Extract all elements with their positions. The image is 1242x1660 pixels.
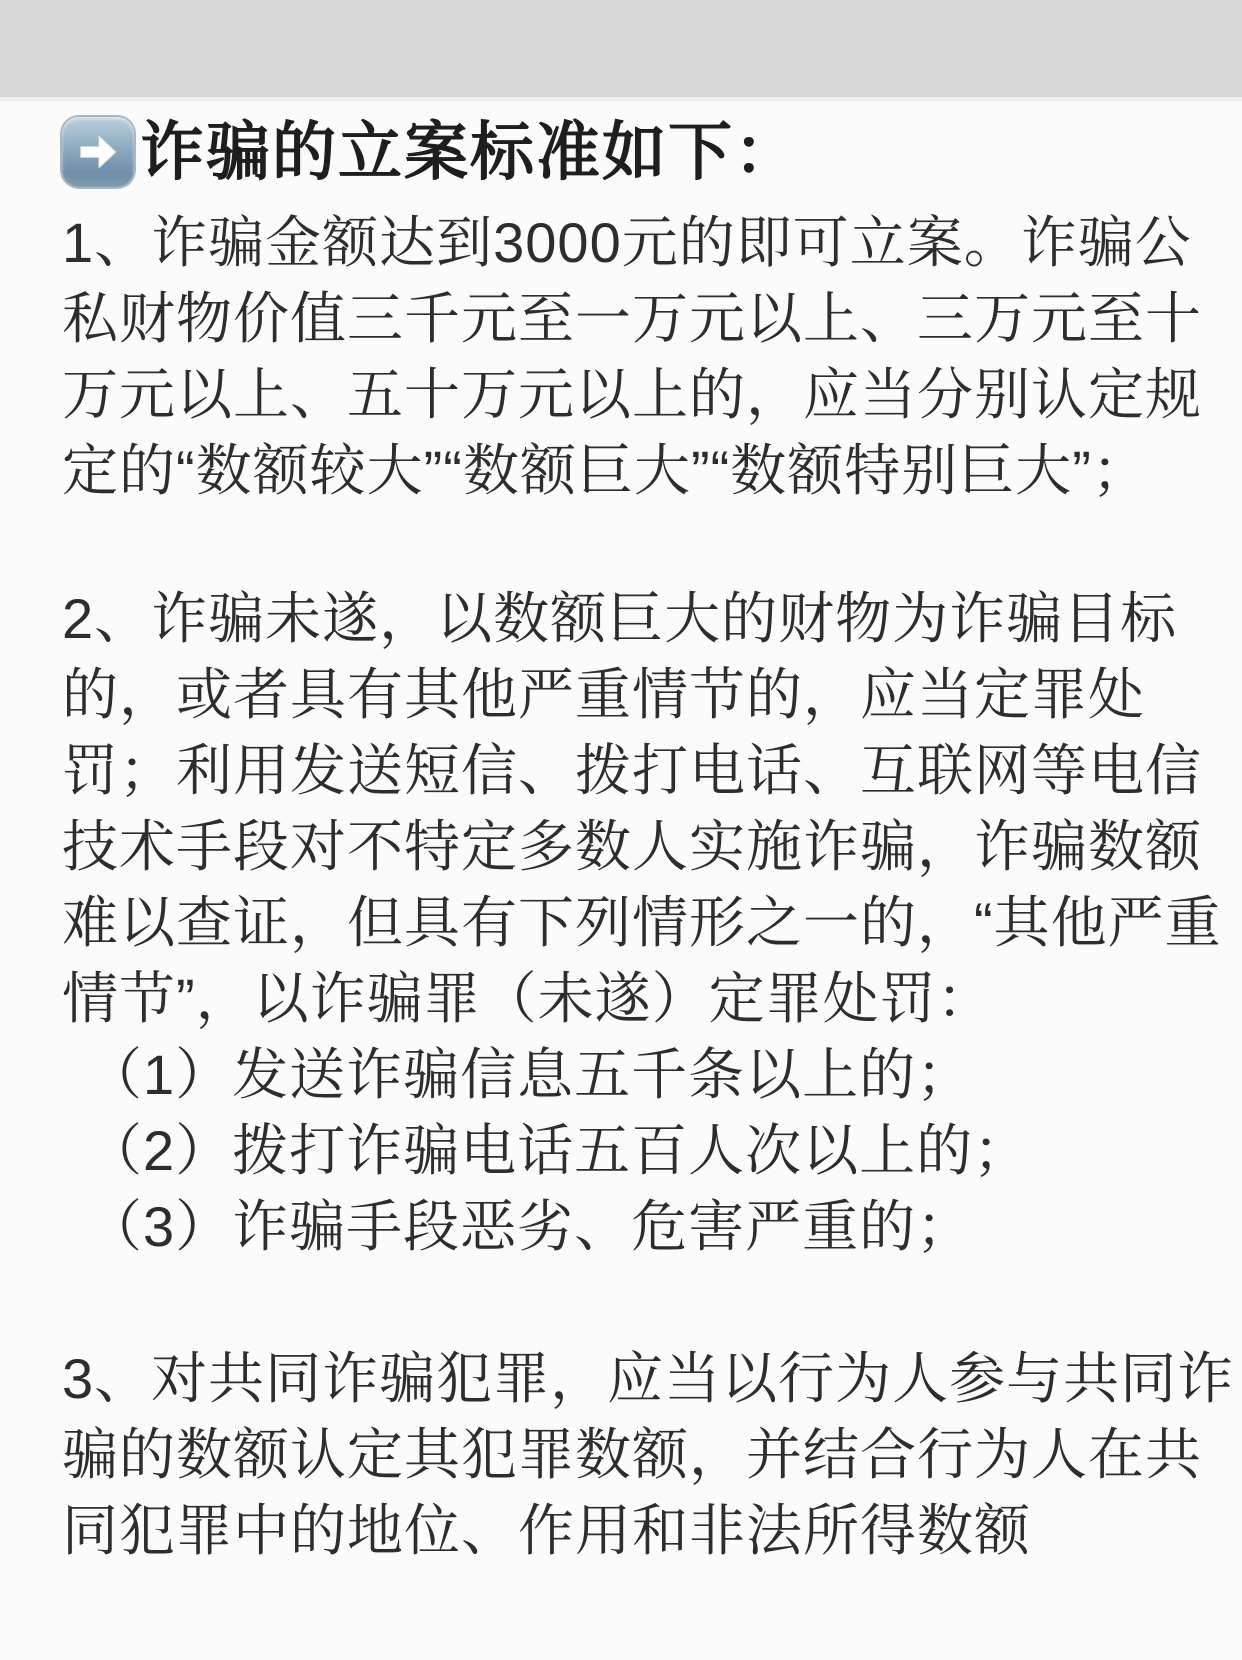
text-line: 情节”，以诈骗罪（未遂）定罪处罚： xyxy=(62,961,1186,1037)
text-line: 3、对共同诈骗犯罪，应当以行为人参与共同诈 xyxy=(62,1341,1186,1417)
text-line: 技术手段对不特定多数人实施诈骗，诈骗数额 xyxy=(62,809,1186,885)
article-body: 诈骗的立案标准如下： 1、诈骗金额达到3000元的即可立案。诈骗公 私财物价值三… xyxy=(0,97,1242,1569)
paragraph-1: 1、诈骗金额达到3000元的即可立案。诈骗公 私财物价值三千元至一万元以上、三万… xyxy=(62,205,1186,509)
top-gray-band xyxy=(0,0,1242,101)
paragraph-3: 3、对共同诈骗犯罪，应当以行为人参与共同诈 骗的数额认定其犯罪数额，并结合行为人… xyxy=(62,1341,1186,1569)
list-item-1: （1）发送诈骗信息五千条以上的； xyxy=(62,1037,1186,1113)
paragraph-2: 2、诈骗未遂，以数额巨大的财物为诈骗目标 的，或者具有其他严重情节的，应当定罪处… xyxy=(62,581,1186,1265)
text-line: 同犯罪中的地位、作用和非法所得数额 xyxy=(62,1493,1186,1569)
text-line: 难以查证，但具有下列情形之一的，“其他严重 xyxy=(62,885,1186,961)
text-line: 私财物价值三千元至一万元以上、三万元至十 xyxy=(62,281,1186,357)
text-line: 万元以上、五十万元以上的，应当分别认定规 xyxy=(62,357,1186,433)
text-line: 定的“数额较大”“数额巨大”“数额特别巨大”； xyxy=(62,433,1186,509)
text-line: 2、诈骗未遂，以数额巨大的财物为诈骗目标 xyxy=(62,581,1186,657)
text-line: 的，或者具有其他严重情节的，应当定罪处 xyxy=(62,657,1186,733)
list-item-2: （2）拨打诈骗电话五百人次以上的； xyxy=(62,1113,1186,1189)
right-arrow-emoji-icon xyxy=(62,117,134,187)
list-item-3: （3）诈骗手段恶劣、危害严重的； xyxy=(62,1189,1186,1265)
text-line: 1、诈骗金额达到3000元的即可立案。诈骗公 xyxy=(62,205,1186,281)
page-title: 诈骗的立案标准如下： xyxy=(140,113,800,191)
text-line: 骗的数额认定其犯罪数额，并结合行为人在共 xyxy=(62,1417,1186,1493)
text-line: 罚；利用发送短信、拨打电话、互联网等电信 xyxy=(62,733,1186,809)
title-row: 诈骗的立案标准如下： xyxy=(62,113,1186,191)
